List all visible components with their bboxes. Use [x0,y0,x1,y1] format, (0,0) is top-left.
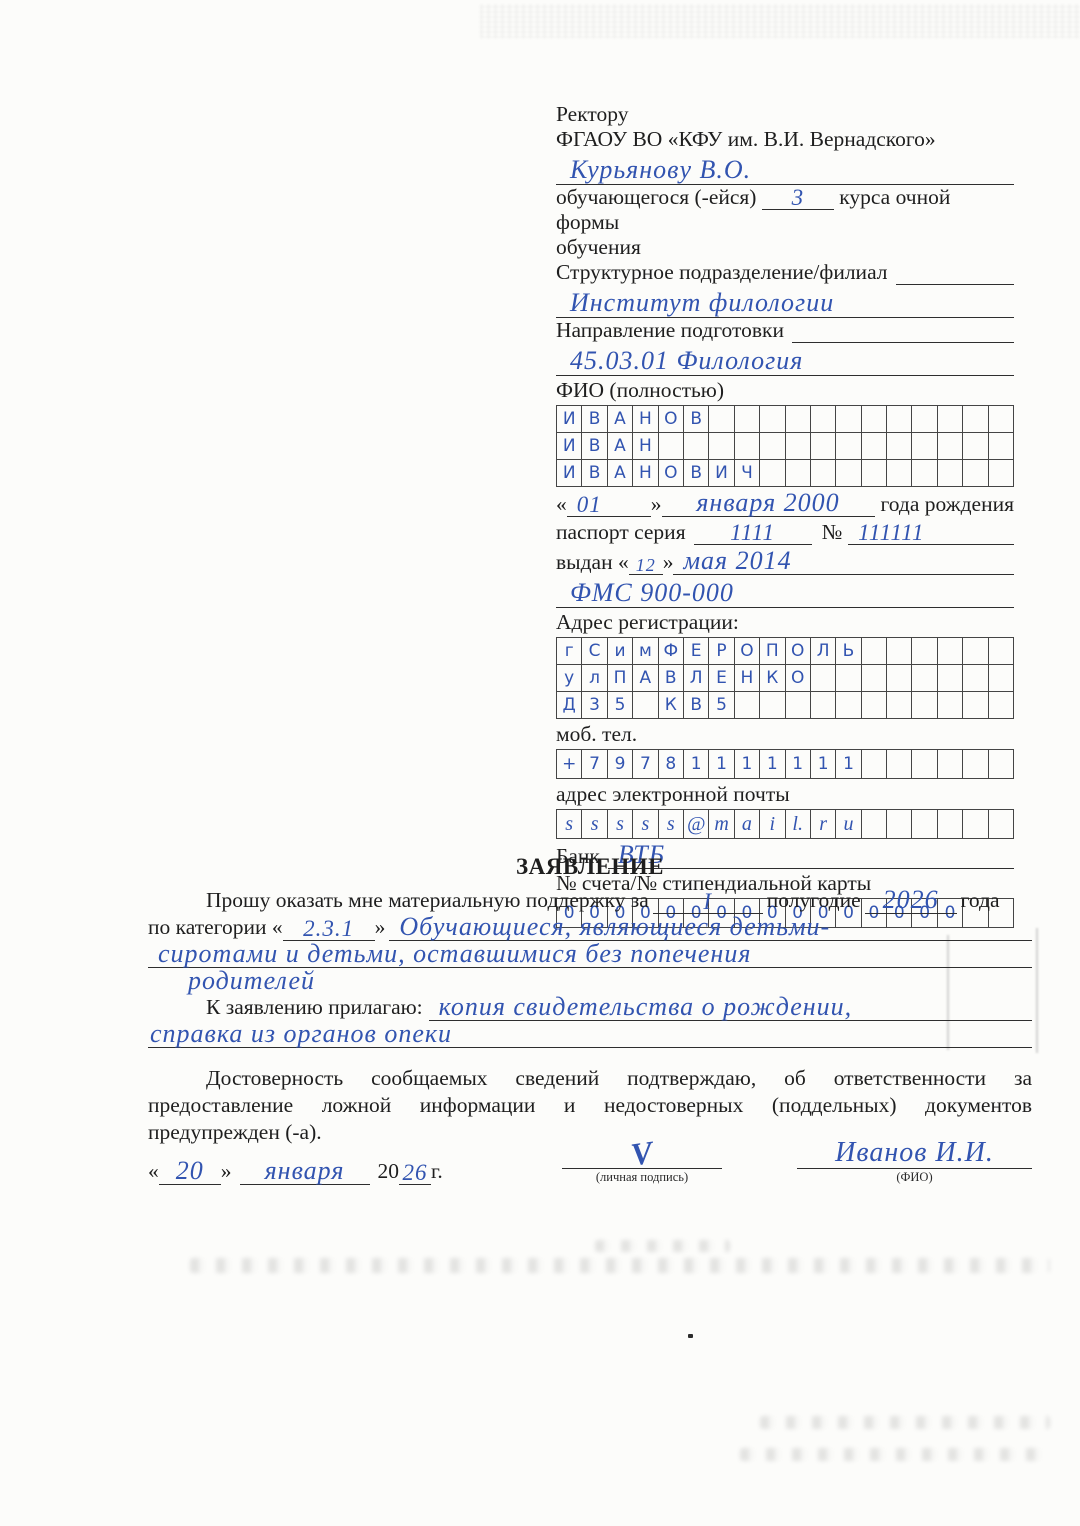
grid-cell: @ [683,809,709,839]
grid-cell [810,405,836,433]
category-text-line3: родителей [188,968,315,994]
birth-close-quote: » [651,492,662,517]
grid-cell: 7 [632,749,658,779]
category-line: по категории « 2.3.1 » Обучающиеся, явля… [148,914,1032,941]
birth-day-field: 01 [567,493,651,517]
issued-day-value: 12 [636,556,656,574]
division-label: Структурное подразделение/филиал [556,260,888,285]
grid-cell [911,637,937,665]
passport-series-value: 1111 [730,521,775,544]
addressee-university: ФГАОУ ВО «КФУ им. В.И. Вернадского» [556,127,1014,152]
grid-cell [734,405,760,433]
bleedthrough-line-artifact [1036,928,1038,1053]
date-month-value: января [265,1158,345,1184]
grid-cell: П [759,637,785,665]
bleedthrough-artifact [190,1258,1050,1273]
grid-cell [759,432,785,460]
grid-cell [759,405,785,433]
program-blank [792,321,1014,343]
grid-cell: у [556,664,582,692]
issued-close-quote: » [663,550,674,575]
grid-cell: u [835,809,861,839]
attachments-line: К заявлению прилагаю: копия свидетельств… [148,994,1032,1021]
confirmation-line1: Достоверность сообщаемых сведений подтве… [148,1065,1032,1092]
grid-cell [962,459,988,487]
spacer [148,1048,1032,1065]
grid-cell: Н [632,405,658,433]
category-text-line2: сиротами и детьми, оставшимися без попеч… [158,941,751,967]
grid-cell [937,459,963,487]
grid-cell [988,809,1014,839]
phone-label: моб. тел. [556,722,1014,747]
grid-cell: О [734,637,760,665]
fio-grid: ИВАНОВИВАНИВАНОВИЧ [556,405,1014,487]
grid-cell: О [785,637,811,665]
grid-cell: В [683,459,709,487]
grid-cell: 1 [835,749,861,779]
grid-cell: 7 [581,749,607,779]
grid-cell [861,749,887,779]
grid-cell: А [632,664,658,692]
attachments-line2: справка из органов опеки [150,1021,452,1047]
grid-cell: Н [632,459,658,487]
date-day-value: 20 [176,1158,204,1184]
grid-cell [658,432,684,460]
grid-cell [962,809,988,839]
grid-cell [937,405,963,433]
grid-cell [911,664,937,692]
grid-cell: Е [708,664,734,692]
grid-cell: 1 [708,749,734,779]
grid-cell: 1 [810,749,836,779]
issuer-field: ФМС 900-000 [556,575,1014,608]
grid-cell [861,691,887,719]
grid-cell [911,691,937,719]
grid-cell: 1 [734,749,760,779]
grid-cell: Р [708,637,734,665]
grid-cell [962,664,988,692]
passport-series-field: 1111 [694,521,812,545]
grid-cell: m [708,809,734,839]
grid-cell: a [734,809,760,839]
grid-cell [886,691,912,719]
category-code-field: 2.3.1 [283,917,375,941]
semester-field: I [653,890,763,914]
grid-cell [861,809,887,839]
date-suffix: г. [431,1158,443,1185]
grid-cell: О [785,664,811,692]
issued-date-field: мая 2014 [673,548,1014,575]
rector-name-field: Курьянову В.О. [556,152,1014,185]
grid-cell: 8 [658,749,684,779]
request-text-after: года [961,887,1000,914]
category-text-field2: сиротами и детьми, оставшимися без попеч… [148,941,1032,968]
grid-row: Д35КВ5 [557,692,1014,719]
addressee-to: Ректору [556,102,1014,127]
grid-cell [911,749,937,779]
category-text-line1: Обучающиеся, являющиеся детьми- [399,914,830,940]
grid-cell [988,459,1014,487]
fio-signature-group: Иванов И.И. (ФИО) [797,1138,1032,1185]
signature-caption: (личная подпись) [596,1169,688,1185]
ink-speck-artifact [688,1334,693,1338]
category-label: по категории « [148,914,283,941]
grid-cell [759,459,785,487]
date-year-value: 26 [403,1161,428,1184]
grid-cell [835,691,861,719]
grid-cell: Ч [734,459,760,487]
grid-cell [861,664,887,692]
grid-row: улПАВЛЕНКО [557,665,1014,692]
birth-line: « 01 » января 2000 года рождения [556,490,1014,517]
grid-cell: А [607,459,633,487]
grid-cell: 1 [759,749,785,779]
address-grid: гСимФЕРОПОЛЬулПАВЛЕНКОД35КВ5 [556,637,1014,719]
grid-cell [988,405,1014,433]
category-text-field3: родителей [148,968,1032,994]
grid-cell [886,637,912,665]
grid-cell [810,459,836,487]
issued-label: выдан « [556,550,629,575]
grid-cell [911,405,937,433]
grid-cell: И [556,405,582,433]
request-text-mid: полугодие [767,887,861,914]
date-group: « 20 » января 20 26 г. [148,1158,512,1185]
scanned-application-form: Ректору ФГАОУ ВО «КФУ им. В.И. Вернадско… [0,0,1080,1526]
grid-cell [835,432,861,460]
grid-cell [632,691,658,719]
grid-cell: И [708,459,734,487]
grid-cell [835,405,861,433]
program-label: Направление подготовки [556,318,784,343]
address-label: Адрес регистрации: [556,610,1014,635]
grid-cell [861,432,887,460]
grid-cell [835,664,861,692]
attachments-label: К заявлению прилагаю: [148,994,423,1021]
grid-cell: А [607,432,633,460]
grid-cell [937,691,963,719]
grid-cell [785,459,811,487]
phone-grid: +79781111111 [556,749,1014,779]
birth-suffix: года рождения [881,492,1014,517]
grid-cell: К [658,691,684,719]
grid-cell [988,637,1014,665]
grid-cell: К [759,664,785,692]
grid-cell: А [607,405,633,433]
grid-cell: Л [810,637,836,665]
grid-cell: П [607,664,633,692]
fio-signature-caption: (ФИО) [896,1169,932,1185]
grid-cell [886,809,912,839]
year-field: 2026 [865,887,957,914]
bleedthrough-artifact [760,1416,1050,1429]
passport-number-field: 111111 [848,521,1014,545]
grid-cell [962,749,988,779]
category-close-quote: » [375,914,386,941]
grid-row: +79781111111 [557,750,1014,779]
passport-number-label: № [822,520,843,545]
program-field: 45.03.01 Филология [556,343,1014,376]
grid-cell [886,664,912,692]
grid-cell: г [556,637,582,665]
grid-cell [734,691,760,719]
grid-cell [683,432,709,460]
fio-label: ФИО (полностью) [556,378,1014,403]
grid-cell [785,405,811,433]
grid-cell [861,637,887,665]
grid-cell: s [658,809,684,839]
date-year-printed: 20 [378,1158,400,1185]
signature-group: V (личная подпись) [562,1138,722,1185]
grid-cell [937,637,963,665]
fio-signature-field: Иванов И.И. [797,1138,1032,1169]
passport-series-label: паспорт серия [556,520,686,545]
program-value: 45.03.01 Филология [570,348,803,374]
grid-cell: В [658,664,684,692]
birth-month-value: января 2000 [696,490,839,516]
grid-cell: s [607,809,633,839]
passport-line: паспорт серия 1111 № 111111 [556,520,1014,545]
division-blank [896,263,1014,285]
grid-cell: Ь [835,637,861,665]
grid-cell [937,432,963,460]
grid-cell: В [683,405,709,433]
grid-cell: s [581,809,607,839]
fio-signature-value: Иванов И.И. [835,1138,994,1168]
grid-cell: Н [632,432,658,460]
birth-month-field: января 2000 [662,490,875,517]
grid-cell: 5 [607,691,633,719]
issuer-value: ФМС 900-000 [570,580,734,606]
grid-cell: i [759,809,785,839]
grid-cell [962,432,988,460]
birth-day-value: 01 [577,493,602,516]
issued-day-field: 12 [629,553,663,575]
issued-date-value: мая 2014 [683,548,791,574]
form-header-block: Ректору ФГАОУ ВО «КФУ им. В.И. Вернадско… [556,102,1014,931]
grid-cell: И [556,432,582,460]
grid-row: ИВАНОВИЧ [557,460,1014,487]
grid-cell: В [581,405,607,433]
signature-mark: V [629,1137,655,1170]
grid-cell [886,459,912,487]
grid-cell: Л [683,664,709,692]
grid-cell [734,432,760,460]
attachments-field2: справка из органов опеки [148,1021,1032,1048]
student-line-cont: обучения [556,235,1014,260]
attachments-line1: копия свидетельства о рождении, [439,994,852,1020]
grid-cell [886,432,912,460]
grid-cell: Е [683,637,709,665]
grid-cell [911,459,937,487]
division-field: Институт филологии [556,285,1014,318]
grid-cell: s [632,809,658,839]
grid-cell [937,749,963,779]
grid-row: ИВАН [557,433,1014,460]
attachments-field: копия свидетельства о рождении, [429,994,1032,1021]
grid-cell [708,432,734,460]
grid-cell: С [581,637,607,665]
grid-cell [911,432,937,460]
grid-cell: 3 [581,691,607,719]
scan-noise-artifact [480,4,1080,38]
course-value: 3 [792,186,805,209]
signature-footer: « 20 » января 20 26 г. V (личная подпись… [148,1138,1032,1185]
grid-cell: и [607,637,633,665]
date-open-quote: « [148,1158,159,1185]
grid-cell [962,691,988,719]
grid-cell [886,405,912,433]
confirmation-line2: предоставление ложной информации и недос… [148,1092,1032,1119]
grid-cell [810,432,836,460]
statement-block: ЗАЯВЛЕНИЕ Прошу оказать мне материальную… [148,854,1032,1146]
division-label-line: Структурное подразделение/филиал [556,260,1014,285]
rector-name-value: Курьянову В.О. [570,157,751,183]
date-close-quote: » [221,1158,232,1185]
student-line: обучающегося (-ейся) 3 курса очной формы [556,185,1014,235]
grid-cell: l. [785,809,811,839]
grid-cell: В [581,459,607,487]
email-label: адрес электронной почты [556,782,1014,807]
signature-field: V [562,1138,722,1169]
date-day-field: 20 [159,1158,221,1185]
grid-cell: 1 [785,749,811,779]
grid-cell: 5 [708,691,734,719]
grid-cell [886,749,912,779]
grid-cell [861,405,887,433]
grid-cell: s [556,809,582,839]
grid-cell [785,432,811,460]
course-field: 3 [762,186,834,210]
grid-cell: Н [734,664,760,692]
grid-cell [988,664,1014,692]
grid-cell [937,664,963,692]
student-line-text: обучающегося (-ейся) [556,185,756,209]
grid-cell [988,432,1014,460]
grid-cell [911,809,937,839]
date-year-field: 26 [399,1161,431,1185]
grid-row: ИВАНОВ [557,406,1014,433]
grid-cell: л [581,664,607,692]
statement-title: ЗАЯВЛЕНИЕ [148,854,1032,880]
grid-cell [937,809,963,839]
grid-cell [708,405,734,433]
passport-number-value: 111111 [858,521,924,544]
grid-cell: О [658,459,684,487]
division-value: Институт филологии [570,290,834,316]
grid-cell [785,691,811,719]
bleedthrough-artifact [740,1448,1050,1461]
grid-cell [962,405,988,433]
grid-cell: r [810,809,836,839]
grid-cell [962,637,988,665]
grid-cell: 1 [683,749,709,779]
date-month-field: января [240,1158,370,1185]
grid-cell: В [683,691,709,719]
grid-row: гСимФЕРОПОЛЬ [557,638,1014,665]
grid-cell [835,459,861,487]
grid-cell: В [581,432,607,460]
birth-open-quote: « [556,492,567,517]
request-line: Прошу оказать мне материальную поддержку… [148,887,1032,914]
grid-cell: 9 [607,749,633,779]
grid-cell: И [556,459,582,487]
category-text-field: Обучающиеся, являющиеся детьми- [389,914,1032,941]
issued-line: выдан « 12 » мая 2014 [556,548,1014,575]
request-text-before: Прошу оказать мне материальную поддержку… [206,887,649,914]
year-value: 2026 [883,887,939,913]
grid-cell [988,691,1014,719]
grid-cell: О [658,405,684,433]
semester-value: I [703,890,712,913]
category-code-value: 2.3.1 [303,917,354,940]
grid-cell [988,749,1014,779]
bleedthrough-artifact [595,1240,730,1252]
grid-cell: Ф [658,637,684,665]
grid-cell [810,691,836,719]
grid-cell [861,459,887,487]
grid-row: sssss@mail.ru [557,810,1014,839]
grid-cell [759,691,785,719]
grid-cell: м [632,637,658,665]
program-label-line: Направление подготовки [556,318,1014,343]
grid-cell: + [556,749,582,779]
email-grid: sssss@mail.ru [556,809,1014,839]
grid-cell: Д [556,691,582,719]
grid-cell [810,664,836,692]
